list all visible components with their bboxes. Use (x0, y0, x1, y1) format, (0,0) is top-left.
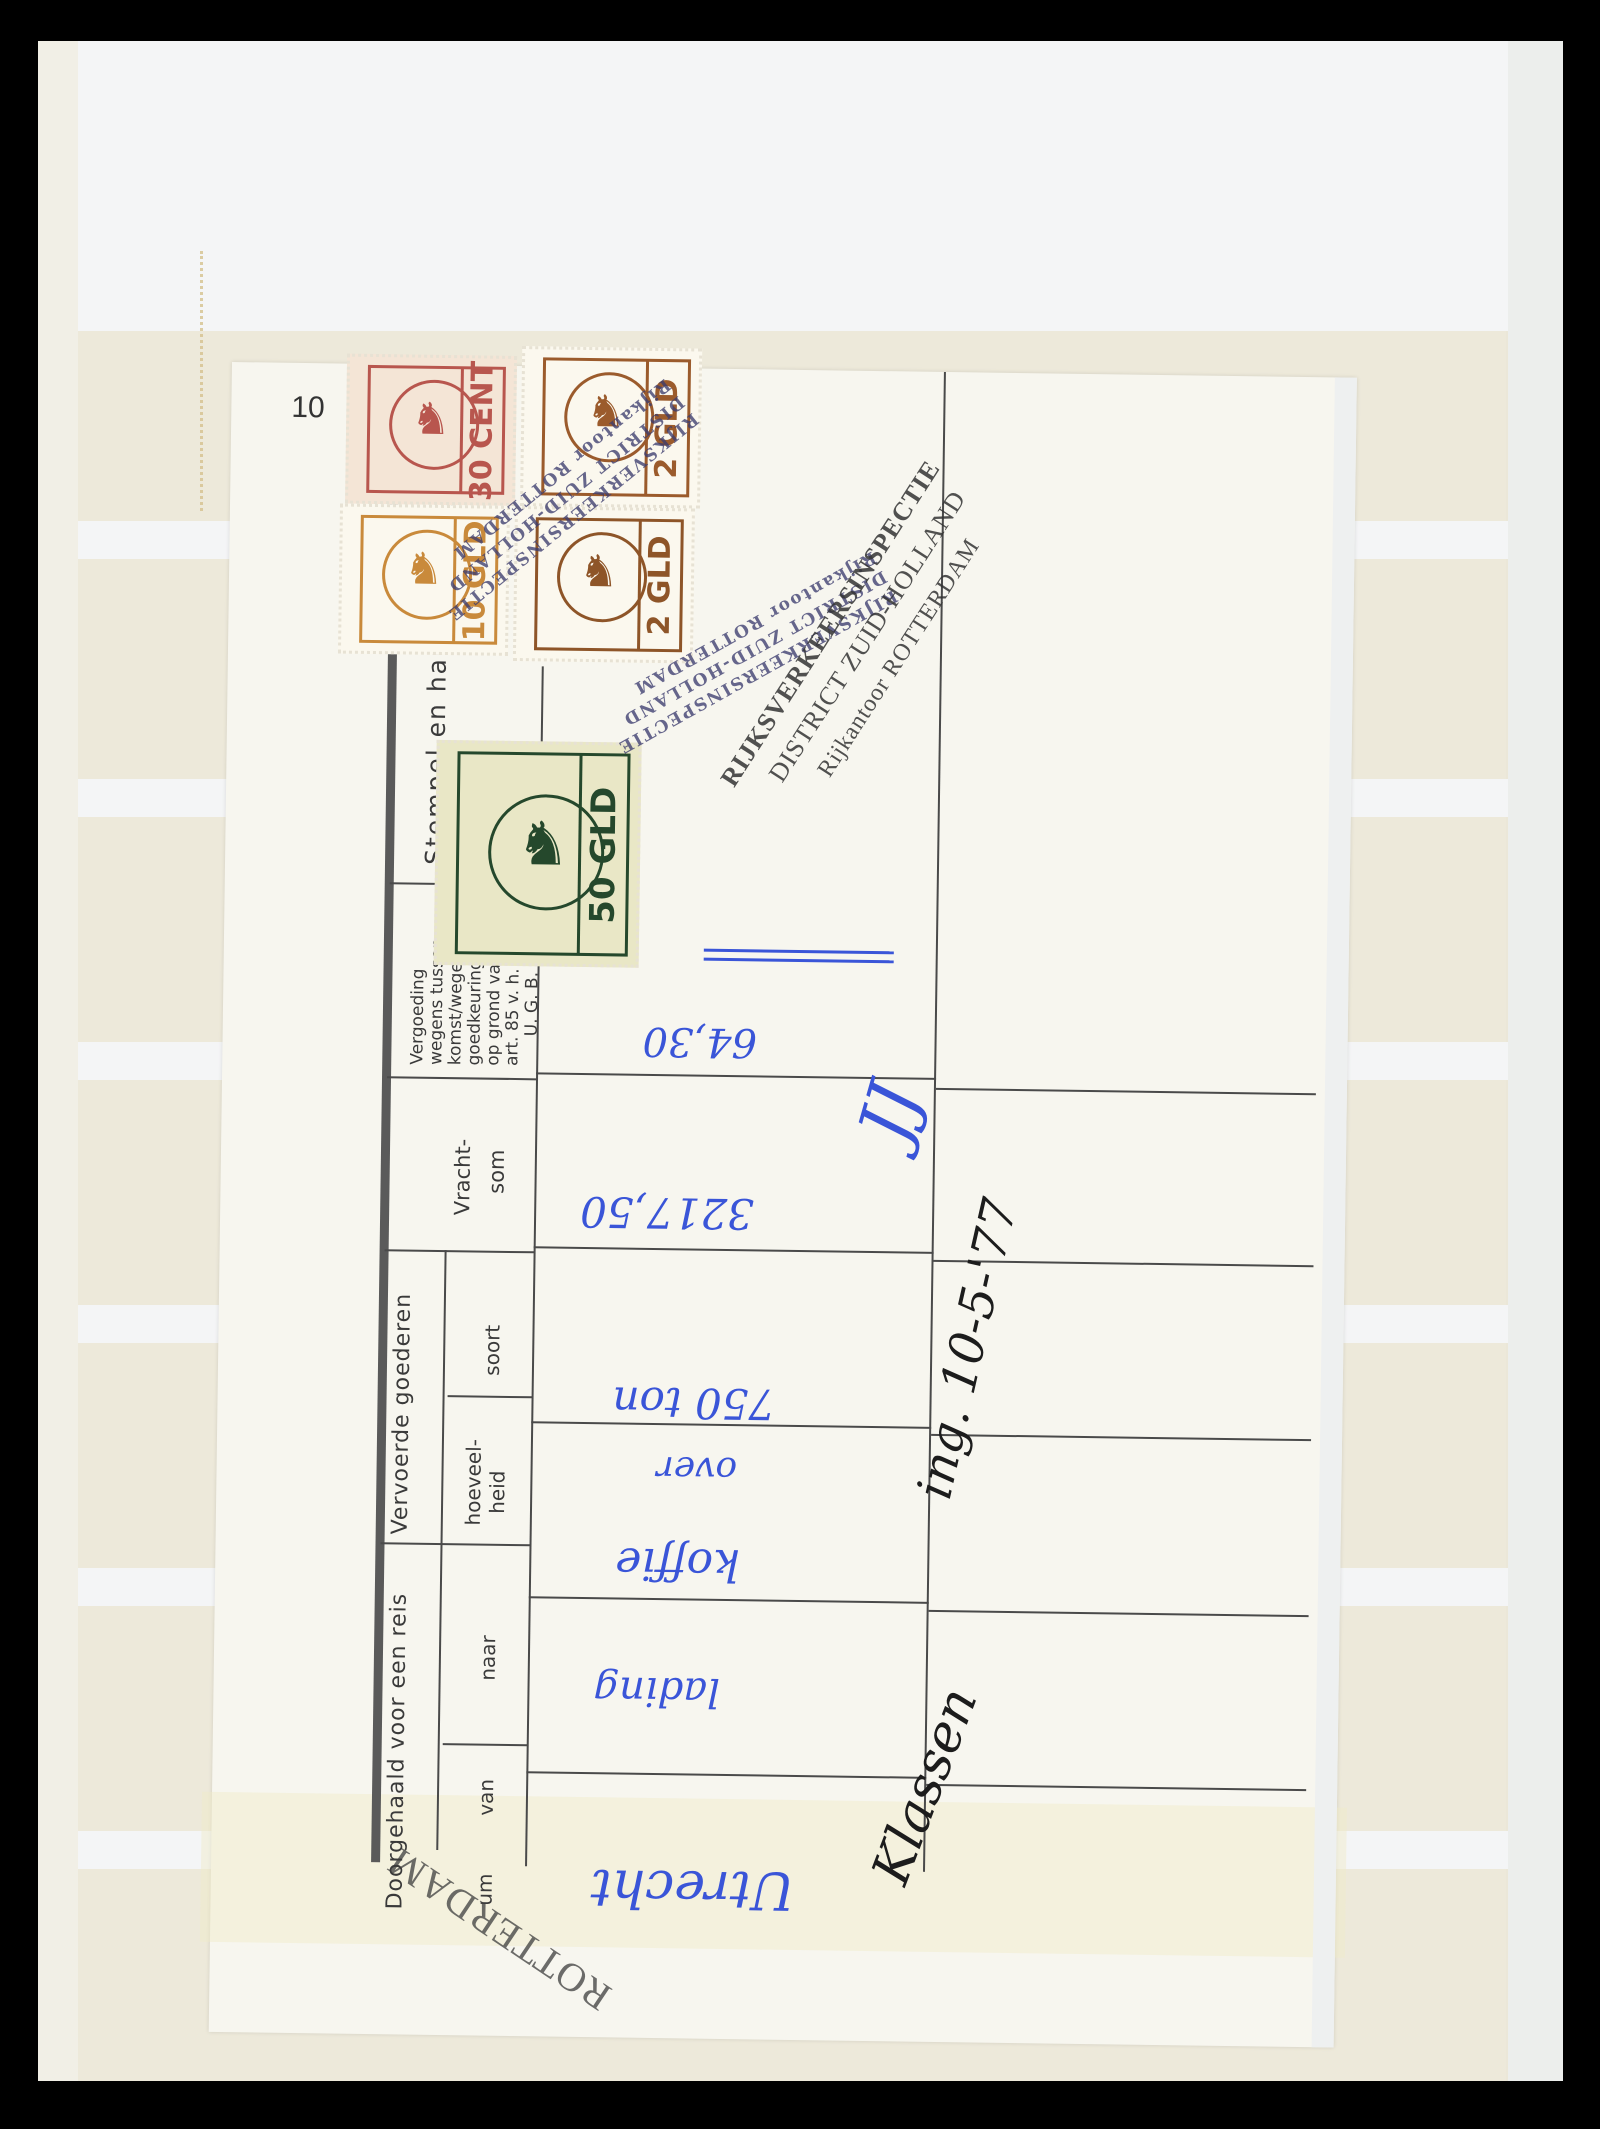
page-number: 10 (291, 391, 325, 425)
stamp-value-text: 30 CENT (464, 360, 501, 501)
header-line: heid (485, 1439, 510, 1526)
handwritten-over: over (656, 1448, 737, 1490)
header-goederen: Vervoerde goederen (388, 1293, 416, 1535)
header-vrachtsom: Vracht- som (445, 1139, 514, 1216)
stamp-remnant (200, 251, 223, 511)
header-divider (381, 1542, 531, 1546)
row-line (529, 1596, 929, 1604)
handwritten-quantity: 750 ton (612, 1377, 775, 1428)
header-soort: soort (480, 1325, 505, 1376)
handwritten-received-date: ing. 10-5-'77 (906, 1193, 1028, 1504)
revenue-stamp-30-cent: ♞ 30 CENT (345, 354, 517, 506)
header-divider (387, 1076, 537, 1080)
handwritten-destination: Utrecht (590, 1857, 795, 1920)
stamp-value: 50 GLD (577, 755, 627, 955)
stamp-value: 30 CENT (459, 368, 502, 493)
revenue-stamp-50-gld: ♞ 50 GLD (434, 740, 642, 968)
album-top-area (78, 41, 1508, 331)
stamp-value: 2 GLD (637, 521, 680, 651)
header-subdivider (448, 1395, 533, 1398)
header-naar: naar (476, 1635, 501, 1681)
header-hoeveelheid: hoeveel- heid (461, 1439, 510, 1526)
handwritten-initials: JJ (843, 1074, 937, 1150)
header-subdivider-v (436, 1250, 446, 1850)
row-line (534, 1246, 934, 1254)
header-line: Vracht- (445, 1139, 480, 1216)
header-divider (385, 1249, 535, 1253)
header-line: hoeveel- (461, 1439, 486, 1526)
lion-emblem-icon: ♞ (411, 398, 451, 443)
row-line (931, 1434, 1311, 1441)
stamp-value-text: 2 GLD (642, 535, 678, 635)
handwritten-vergoeding: 64,30 (642, 1018, 757, 1066)
album-right-margin (1506, 41, 1563, 2081)
shipping-document: 10 Stempel en handtekening van d plaat V… (209, 362, 1357, 2048)
album-left-margin (38, 41, 78, 2081)
lion-emblem-icon: ♞ (579, 550, 619, 595)
header-van: van (474, 1779, 499, 1816)
lion-emblem-icon: ♞ (516, 814, 571, 875)
handwritten-koffie: koffie (615, 1537, 740, 1590)
row-line (936, 1088, 1316, 1095)
handwritten-lading: lading (593, 1667, 720, 1715)
header-subdivider (443, 1743, 528, 1746)
row-line (926, 1784, 1306, 1791)
underline-double (704, 949, 894, 964)
row-line (526, 1771, 926, 1779)
stamp-value-text: 50 GLD (582, 786, 624, 923)
row-line (929, 1610, 1309, 1617)
header-line: som (479, 1139, 514, 1216)
handwritten-vrachtsom: 3217,50 (580, 1187, 754, 1238)
